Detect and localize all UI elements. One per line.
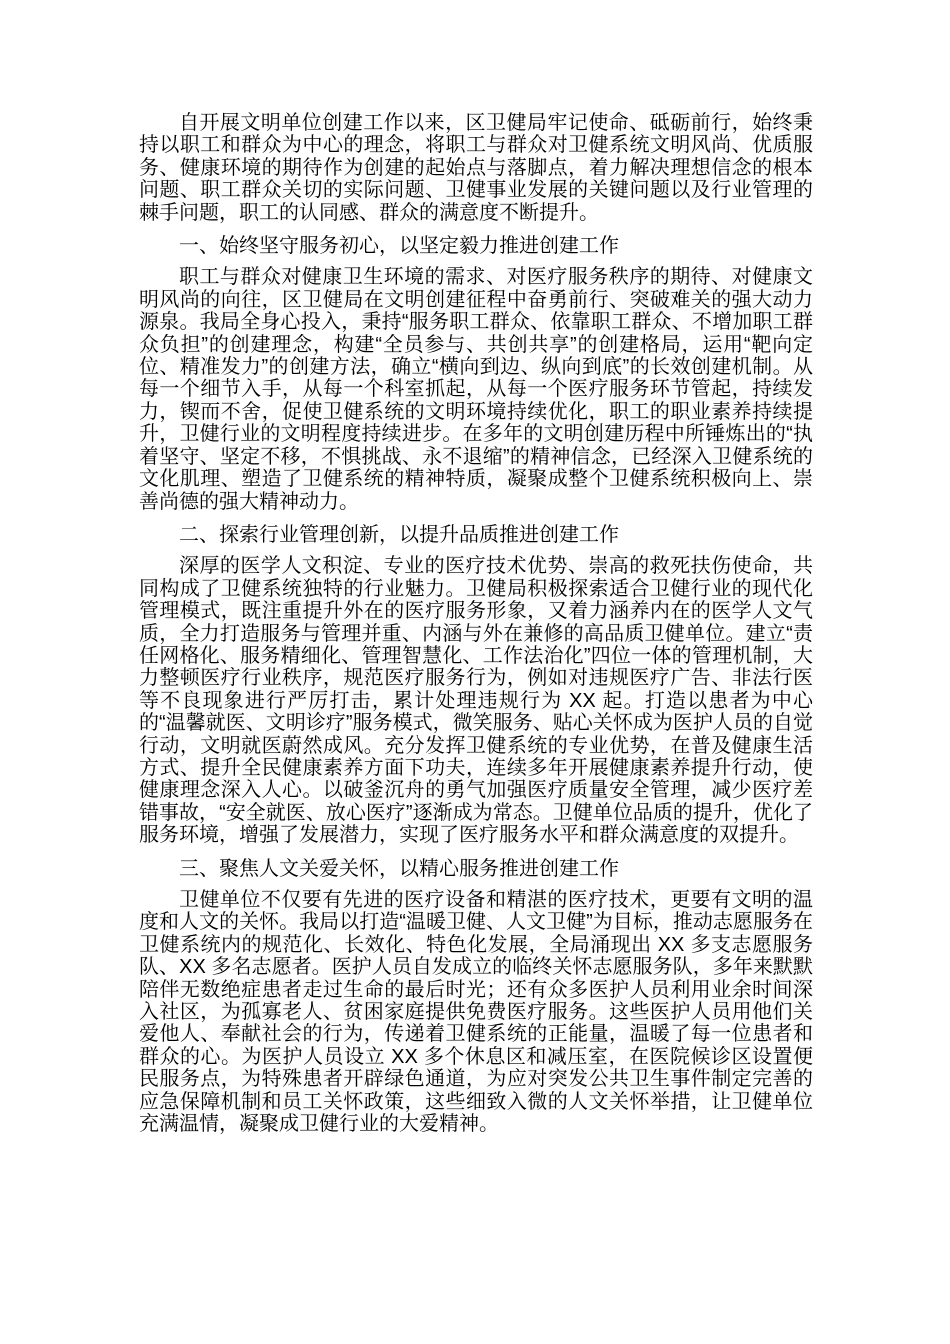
section-1-paragraph: 职工与群众对健康卫生环境的需求、对医疗服务秩序的期待、对健康文明风尚的向往，区卫… [139, 266, 813, 512]
section-3-paragraph: 卫健单位不仅要有先进的医疗设备和精湛的医疗技术，更要有文明的温度和人文的关怀。我… [139, 889, 813, 1135]
section-heading-2: 二、探索行业管理创新，以提升品质推进创建工作 [139, 524, 813, 546]
document-body: 自开展文明单位创建工作以来，区卫健局牢记使命、砥砺前行，始终秉持以职工和群众为中… [139, 112, 813, 1135]
section-heading-1: 一、始终坚守服务初心，以坚定毅力推进创建工作 [139, 235, 813, 257]
intro-paragraph: 自开展文明单位创建工作以来，区卫健局牢记使命、砥砺前行，始终秉持以职工和群众为中… [139, 112, 813, 224]
section-2-paragraph: 深厚的医学人文积淀、专业的医疗技术优势、崇高的救死扶伤使命，共同构成了卫健系统独… [139, 555, 813, 846]
section-heading-3: 三、聚焦人文关爱关怀，以精心服务推进创建工作 [139, 858, 813, 880]
document-page: 自开展文明单位创建工作以来，区卫健局牢记使命、砥砺前行，始终秉持以职工和群众为中… [0, 0, 950, 1344]
